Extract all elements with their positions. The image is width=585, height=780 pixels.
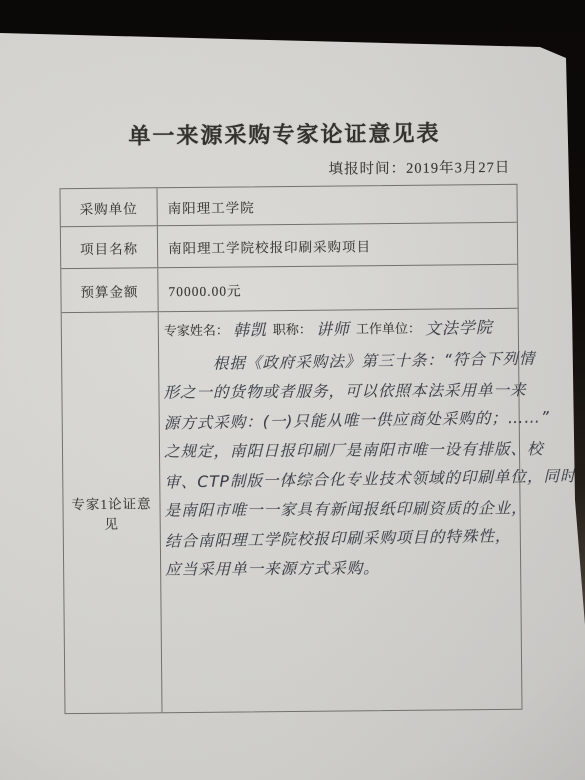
expert-unit-label: 工作单位： <box>356 318 421 338</box>
opinion-line: 审、CTP制版一体综合化专业技术领域的印刷单位，同时 <box>164 466 576 492</box>
project-name-label: 项目名称 <box>61 226 158 268</box>
opinion-line: 形之一的货物或者服务，可以依照本法采用单一来 <box>163 379 575 402</box>
opinion-line: 结合南阳理工学院校报印刷采购项目的特殊性， <box>165 525 577 551</box>
expert-title-label: 职称： <box>273 319 312 338</box>
table-row-budget-amount: 预算金额 70000.00元 <box>61 265 517 313</box>
expert-title-handwritten: 讲师 <box>316 316 351 340</box>
form-table: 采购单位 南阳理工学院 项目名称 南阳理工学院校报印刷采购项目 预算金额 700… <box>59 184 522 714</box>
expert-header-line: 专家姓名： 韩凯 职称： 讲师 工作单位： 文法学院 <box>163 312 575 339</box>
budget-amount-value: 70000.00元 <box>158 265 517 311</box>
expert-name-handwritten: 韩凯 <box>233 317 268 341</box>
table-row-purchasing-unit: 采购单位 南阳理工学院 <box>60 185 516 227</box>
fill-date: 填报时间：2019年3月27日 <box>0 156 510 182</box>
purchasing-unit-label: 采购单位 <box>60 188 157 226</box>
opinion-line: 之规定，南阳日报印刷厂是南阳市唯一设有排版、校 <box>164 438 576 461</box>
opinion-line: 源方式采购：(一)只能从唯一供应商处采购的；……” <box>164 407 576 433</box>
opinion-line: 根据《政府采购法》第三十条：“符合下列情 <box>163 348 575 374</box>
opinion-line: 是南阳市唯一一家具有新闻报纸印刷资质的企业， <box>165 497 577 520</box>
table-row-project-name: 项目名称 南阳理工学院校报印刷采购项目 <box>61 223 517 269</box>
expert-opinion-label: 专家1论证意见 <box>62 312 163 713</box>
budget-amount-label: 预算金额 <box>61 268 158 312</box>
purchasing-unit-value: 南阳理工学院 <box>157 185 516 225</box>
expert-name-label: 专家姓名： <box>164 320 229 340</box>
project-name-value: 南阳理工学院校报印刷采购项目 <box>158 223 517 267</box>
document-title: 单一来源采购专家论证意见表 <box>0 115 572 152</box>
sheet-content: 单一来源采购专家论证意见表 填报时间：2019年3月27日 采购单位 南阳理工学… <box>0 0 585 780</box>
paper-sheet: 单一来源采购专家论证意见表 填报时间：2019年3月27日 采购单位 南阳理工学… <box>0 0 585 780</box>
table-row-expert-opinion: 专家1论证意见 专家姓名： 韩凯 职称： 讲师 工作单位： 文法学院 根据《政府… <box>62 309 522 713</box>
opinion-line: 应当采用单一来源方式采购。 <box>165 556 577 579</box>
expert-opinion-text: 根据《政府采购法》第三十条：“符合下列情 形之一的货物或者服务，可以依照本法采用… <box>163 349 577 579</box>
expert-opinion-cell: 专家姓名： 韩凯 职称： 讲师 工作单位： 文法学院 根据《政府采购法》第三十条… <box>159 308 585 712</box>
expert-unit-handwritten: 文法学院 <box>425 314 494 339</box>
